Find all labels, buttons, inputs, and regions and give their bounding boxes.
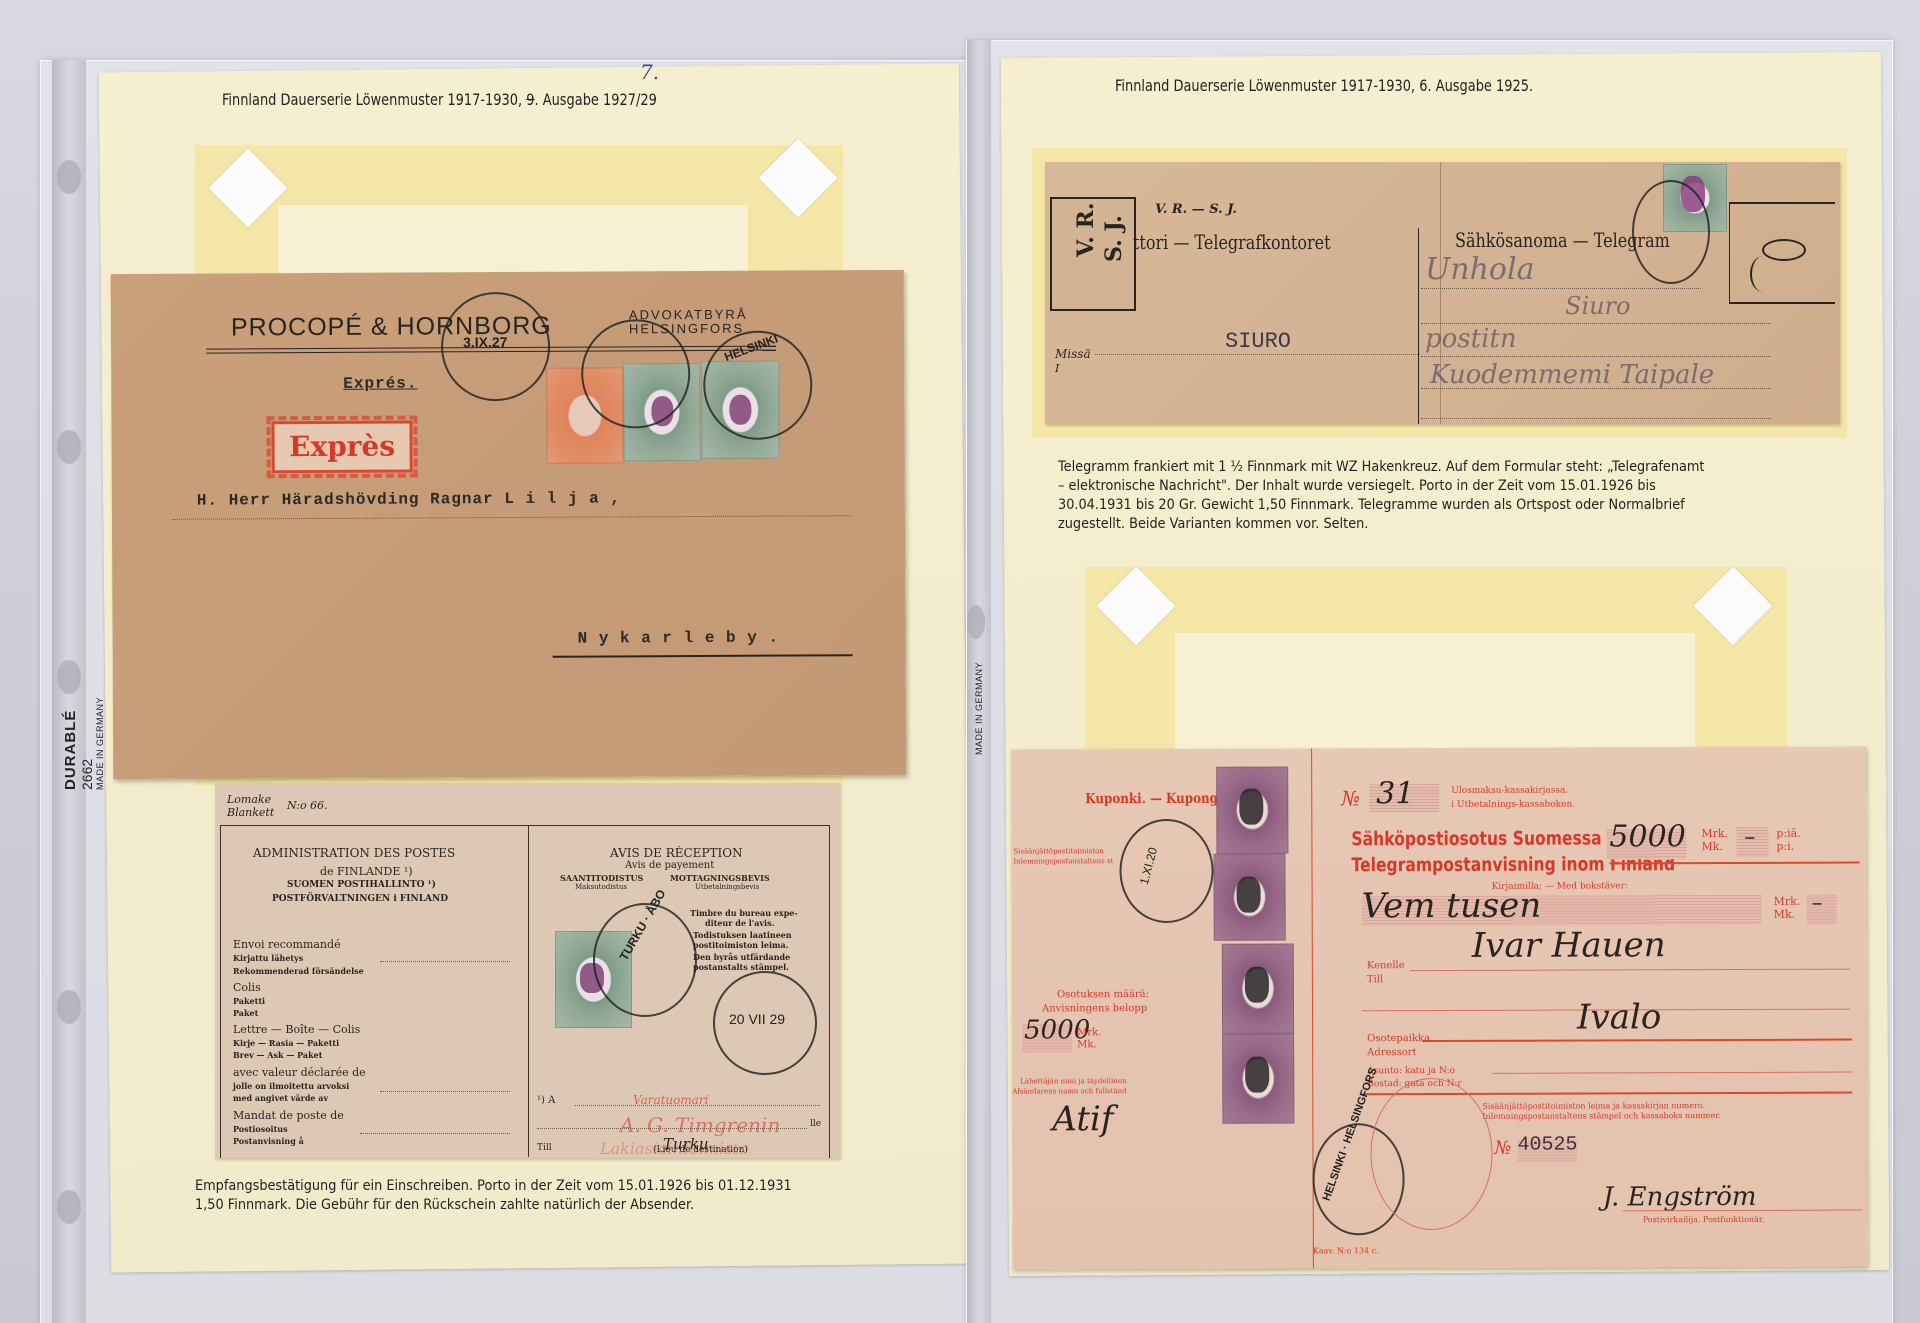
field-line	[1421, 356, 1771, 357]
left-deposit-fi: Sisäänjättöpostitoimiston	[1013, 847, 1103, 855]
row-valeur-fi: jolle on ilmoitettu arvoksi	[233, 1081, 349, 1091]
stamp-text-sv: Inlemningspostanstaltens stämpel och kas…	[1482, 1111, 1720, 1121]
address-line	[172, 515, 852, 520]
title-fi: Sähköpostiosotus Suomessa	[1351, 827, 1601, 850]
heading-sv: POSTFÖRVALTNINGEN i FINLAND	[272, 894, 448, 904]
telegraphic-money-order: Kuponki. — Kupong. № 31 Ulosmaksu-kassak…	[1011, 747, 1868, 1270]
no-value: 31	[1376, 776, 1414, 811]
form-divider	[1418, 228, 1419, 424]
destination: N y k a r l e b y .	[578, 629, 780, 648]
lion-emblem-icon	[1245, 967, 1269, 1003]
sv-label: MOTTAGNINGSBEVIS	[670, 873, 770, 883]
sender-sv: Afsändarens namn och fullständ	[1012, 1087, 1126, 1095]
missa-sub: I	[1055, 362, 1059, 375]
right-page-title: Finnland Dauerserie Löwenmuster 1917-193…	[1115, 76, 1533, 95]
serial-no-label: №	[1494, 1138, 1511, 1159]
form-label-sv: Blankett	[227, 806, 274, 819]
address-line	[1492, 1072, 1852, 1074]
serial-no: 40525	[1517, 1134, 1577, 1157]
stamp-note: Timbre du bureau expe-	[690, 908, 798, 918]
row-colis-sv: Paket	[233, 1008, 258, 1018]
brand-origin: MADE IN GERMANY	[95, 697, 105, 790]
till-label: Till	[537, 1143, 552, 1153]
official-label: Postivirkailija. Postfunktionär.	[1643, 1215, 1765, 1224]
punch-hole	[57, 660, 81, 694]
stamp-note: Todistuksen laatineen	[693, 930, 792, 940]
destination-underline	[553, 654, 853, 658]
row-valeur-sv: med angivet värde av	[233, 1093, 328, 1103]
adressort-label: Adressort	[1367, 1047, 1416, 1058]
le-label: lle	[810, 1119, 821, 1129]
heading-admin: ADMINISTRATION DES POSTES	[253, 846, 455, 860]
brand-model: 2662	[79, 697, 95, 790]
punch-hole	[57, 990, 81, 1024]
osotepaikka-label: Osotepaikka	[1367, 1033, 1430, 1044]
lion-emblem-icon	[1237, 877, 1261, 913]
destination-label: (Lieu de destination)	[653, 1145, 748, 1155]
handwritten-correction: 7.	[640, 60, 659, 84]
amount-rule	[1609, 862, 1859, 865]
stamp-note: Den byrås utfärdande	[693, 952, 790, 962]
seal-line-1: V. R.	[1073, 203, 1099, 257]
amount-label-sv: Anvisningens belopp	[1042, 1003, 1147, 1014]
row-lettre-fi: Kirje — Rasia — Paketti	[233, 1038, 339, 1048]
form-code: Kaav. N:o 134 c.	[1313, 1246, 1379, 1255]
postmark-ivalo	[1119, 819, 1213, 923]
service-typed: Exprés.	[343, 374, 417, 392]
penni-fi: p:iä.	[1776, 827, 1800, 840]
punch-hole	[57, 430, 81, 464]
row-colis-fi: Paketti	[233, 996, 265, 1006]
row-envoi-sv: Rekommenderad försändelse	[233, 966, 364, 976]
sender-signature: Atif	[1052, 1099, 1113, 1139]
express-label: Exprès	[271, 421, 412, 474]
row-lettre-fr: Lettre — Boîte — Colis	[233, 1023, 360, 1036]
row-envoi-fi: Kirjattu lähetys	[233, 953, 303, 963]
recipient-line	[1410, 969, 1850, 972]
punch-hole	[57, 1190, 81, 1224]
origin-stamp: SIURO	[1225, 329, 1291, 354]
destination-place: Ivalo	[1577, 997, 1661, 1037]
postmark-helsinki	[581, 319, 691, 429]
penni-dash-2: –	[1812, 891, 1823, 916]
field-line	[380, 961, 510, 962]
red-stamp-name: A. G. Timgrenin	[620, 1113, 780, 1137]
mrk-label: Mrk.	[1701, 827, 1728, 840]
row-mandat-sv: Postanvisning å	[233, 1136, 304, 1146]
heading-fi: SUOMEN POSTIHALLINTO ¹)	[287, 880, 436, 890]
form-number: N:o 66.	[287, 799, 328, 812]
red-stamp-title: Varatuomari	[633, 1093, 709, 1107]
left-deposit-sv: Inlemningspostanstaltens st	[1013, 857, 1113, 865]
field-line	[360, 1133, 510, 1134]
field-line	[380, 1091, 510, 1092]
handwritten-line-2: Siuro	[1565, 292, 1631, 320]
punch-hole	[967, 605, 985, 639]
stamp-circle-guide	[1370, 1078, 1493, 1230]
left-page-title: Finnland Dauerserie Löwenmuster 1917-193…	[222, 90, 657, 109]
stamp-note: postitoimiston leima.	[693, 940, 788, 950]
mk-label-2: Mk.	[1774, 908, 1795, 921]
fi-sub: Maksutodistus	[575, 883, 627, 891]
mrk-label-2: Mrk.	[1774, 895, 1801, 908]
postmark-date: 3.IX.27	[463, 334, 507, 350]
to-label: ¹) A	[537, 1095, 555, 1106]
postmark-siuro	[1632, 180, 1710, 284]
lion-emblem-icon	[1245, 1057, 1269, 1093]
struck-number: 9	[526, 90, 534, 109]
addressee: H. Herr Häradshövding Ragnar L i l j a ,	[197, 489, 621, 509]
recipient: Ivar Hauen	[1472, 925, 1666, 966]
mk-label: Mk.	[1701, 840, 1722, 853]
till-label: Till	[1367, 974, 1383, 985]
avis-de-reception-card: Lomake Blankett N:o 66. ADMINISTRATION D…	[215, 783, 840, 1158]
telegraph-emblem-icon	[1729, 202, 1835, 304]
heading-avis: AVIS DE RÉCEPTION	[610, 846, 743, 860]
sleeve-brand-mark: MADE IN GERMANY	[974, 662, 984, 755]
asunto-label: Asunto: katu ja N:o	[1367, 1066, 1455, 1076]
amount-label-fi: Osotuksen määrä:	[1057, 989, 1149, 1000]
cashbook-sv: i Utbetalnings-kassaboken.	[1451, 800, 1575, 810]
brand-origin: MADE IN GERMANY	[974, 662, 984, 755]
row-mandat-fi: Postiosoitus	[233, 1124, 288, 1134]
row-envoi-fr: Envoi recommandé	[233, 938, 341, 951]
field-line	[1095, 354, 1420, 355]
field-line	[1421, 418, 1771, 419]
handwritten-line-4: Kuodemmemi Taipale	[1430, 360, 1714, 390]
telegraph-office: ttori — Telegrafkontoret	[1133, 230, 1331, 254]
amount-words: Vem tusen	[1362, 886, 1542, 927]
postmark-date: 20 VII 29	[729, 1011, 785, 1027]
brand-name: DURABLÉ	[62, 697, 79, 790]
left-caption: Empfangsbestätigung für ein Einschreiben…	[195, 1177, 857, 1215]
kenelle-label: Kenelle	[1367, 960, 1405, 971]
field-line	[1421, 288, 1701, 289]
penni-dash: –	[1744, 825, 1755, 850]
seal-line-2: S. J.	[1101, 215, 1127, 262]
card-divider	[528, 825, 529, 1157]
header-small: V. R. — S. J.	[1155, 202, 1237, 217]
handwritten-line-1: Unhola	[1425, 252, 1534, 287]
coupon-label: Kuponki. — Kupong.	[1085, 791, 1222, 807]
sleeve-brand-mark: DURABLÉ 2662 MADE IN GERMANY	[62, 697, 105, 790]
row-valeur-fr: avec valeur déclarée de	[233, 1066, 366, 1079]
place-line	[1422, 1039, 1852, 1043]
stamp-note: postanstalts stämpel.	[693, 962, 789, 972]
left-mk: Mk.	[1077, 1039, 1097, 1050]
amount: 5000	[1609, 819, 1685, 854]
right-caption: Telegramm frankiert mit 1 ½ Finnmark mit…	[1058, 458, 1794, 534]
heading-finlande: de FINLANDE ¹)	[320, 865, 413, 878]
penni-sv: p:i.	[1776, 840, 1794, 853]
row-mandat-fr: Mandat de poste de	[233, 1109, 344, 1122]
row-colis-fr: Colis	[233, 981, 261, 994]
handwritten-line-3: postitn	[1425, 324, 1517, 354]
stamp-text-fi: Sisäänjättöpostitoimiston leima ja kassa…	[1482, 1101, 1705, 1111]
left-mrk: Mrk.	[1077, 1027, 1101, 1038]
form-label-fi: Lomake	[227, 793, 271, 806]
left-punch-strip	[52, 60, 86, 1323]
express-cover-envelope: PROCOPÉ & HORNBORG ADVOKATBYRÅ HELSINGFO…	[111, 270, 907, 779]
stamp-note: diteur de l'avis.	[705, 918, 774, 928]
cashbook-fi: Ulosmaksu-kassakirjassa.	[1451, 786, 1568, 796]
sender-fi: Lähettäjän nimi ja täydellinen	[1020, 1077, 1126, 1085]
row-lettre-sv: Brev — Ask — Paket	[233, 1050, 322, 1060]
missa-label: Missä	[1055, 347, 1091, 361]
no-label: №	[1341, 786, 1360, 810]
sv-sub: Utbetalningsbevis	[695, 883, 759, 891]
punch-hole	[57, 160, 81, 194]
heading-payement: Avis de payement	[625, 860, 714, 871]
telegram-form: V. R. S. J. V. R. — S. J. ttori — Telegr…	[1045, 162, 1840, 424]
official-signature: J. Engström	[1603, 1182, 1757, 1213]
lion-emblem-icon	[1239, 789, 1263, 825]
fi-label: SAANTITODISTUS	[560, 873, 643, 883]
